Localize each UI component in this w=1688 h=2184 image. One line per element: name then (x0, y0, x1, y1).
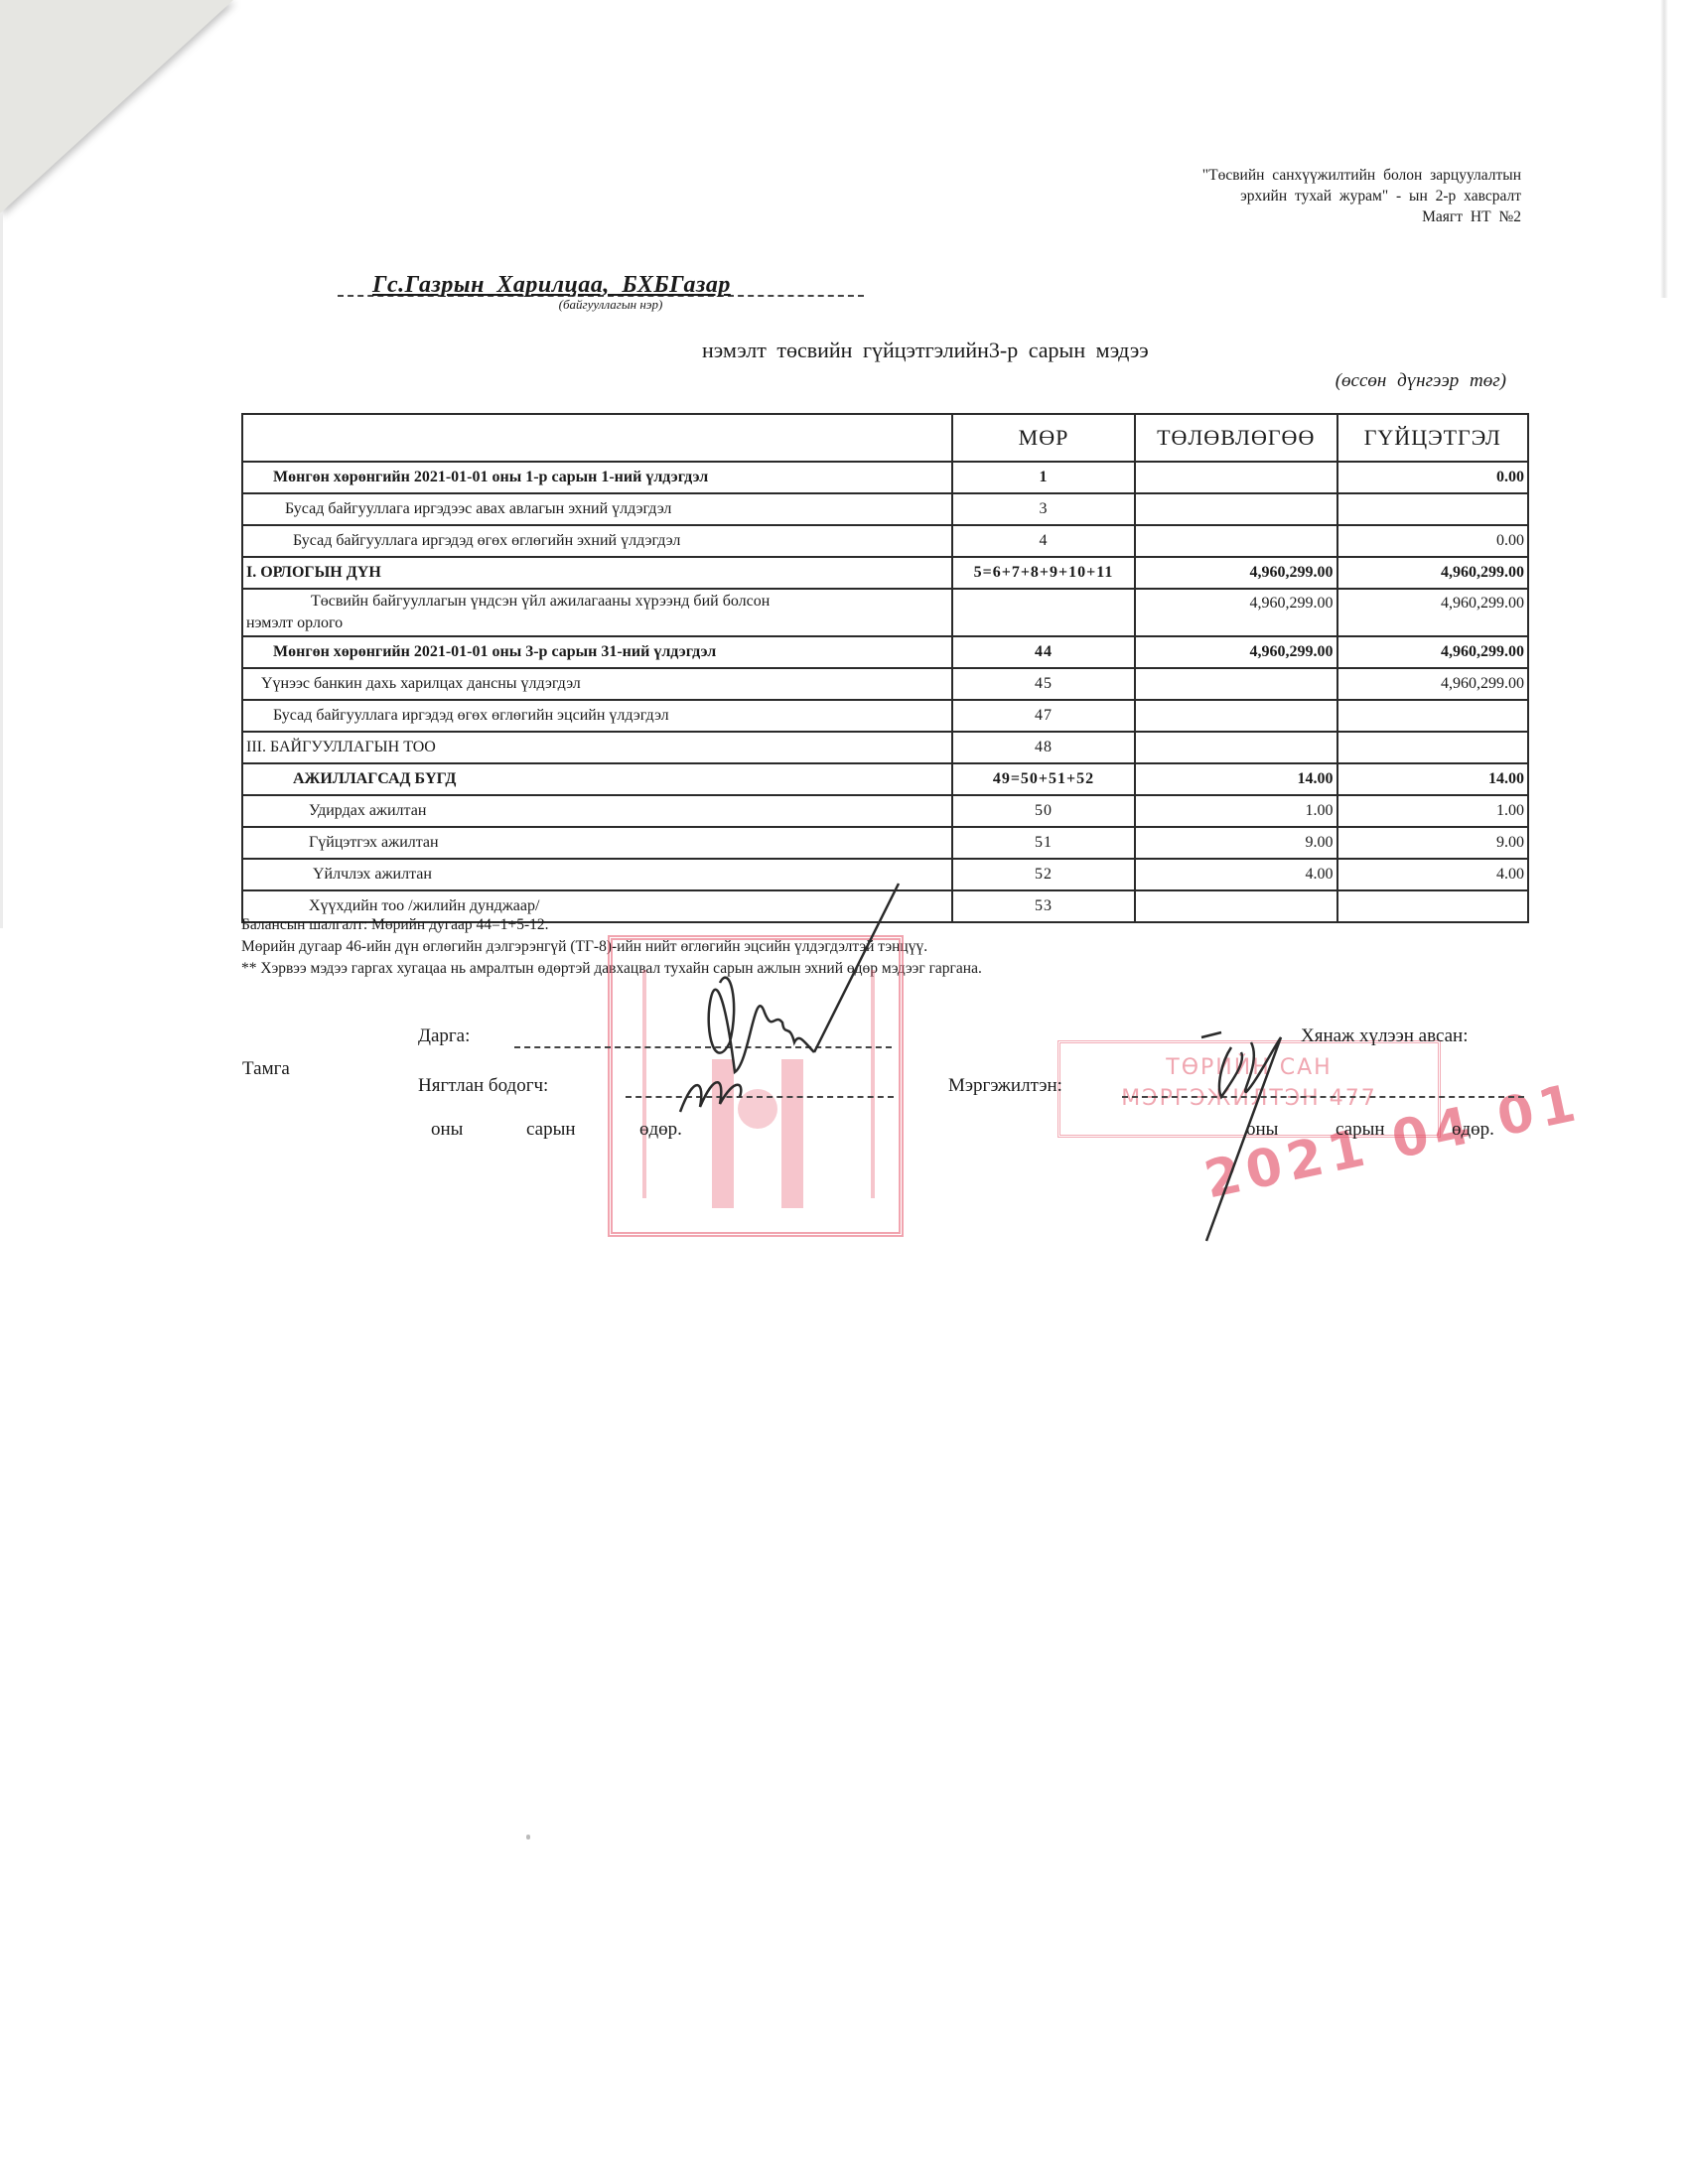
row-description: Бусад байгууллага иргэдэд өгөх өглөгийн … (242, 700, 952, 732)
header-actual: ГҮЙЦЭТГЭЛ (1337, 414, 1528, 462)
date-year-left: оны (431, 1119, 463, 1141)
row-actual: 4.00 (1337, 859, 1528, 890)
date-day-right: өдөр. (1452, 1119, 1494, 1141)
row-number (952, 589, 1135, 636)
row-description: Бусад байгууллага иргэдээс авах авлагын … (242, 493, 952, 525)
table-row: АЖИЛЛАГСАД БҮГД 49=50+51+52 14.00 14.00 (242, 763, 1528, 795)
table-row: Мөнгөн хөрөнгийн 2021-01-01 оны 3-р сары… (242, 636, 1528, 668)
row-number: 49=50+51+52 (952, 763, 1135, 795)
row-actual (1337, 890, 1528, 922)
organization-caption: (байгууллагын нэр) (357, 297, 864, 313)
row-number: 52 (952, 859, 1135, 890)
row-description: Гүйцэтгэх ажилтан (242, 827, 952, 859)
table-row: Бусад байгууллага иргэдэд өгөх өглөгийн … (242, 700, 1528, 732)
director-label: Дарга: (418, 1025, 470, 1047)
table-row: Мөнгөн хөрөнгийн 2021-01-01 оны 1-р сары… (242, 462, 1528, 493)
row-description-line-2: нэмэлт орлого (246, 613, 948, 634)
stamp-label: Тамга (242, 1058, 290, 1080)
row-description-line-1: Төсвийн байгууллагын үндсэн үйл ажилагаа… (246, 591, 948, 613)
row-number: 50 (952, 795, 1135, 827)
date-day-left: өдөр. (639, 1119, 682, 1141)
table-row: I. ОРЛОГЫН ДҮН 5=6+7+8+9+10+11 4,960,299… (242, 557, 1528, 589)
row-number: 48 (952, 732, 1135, 763)
reviewed-label: Хянаж хүлээн авсан: (1301, 1025, 1469, 1047)
row-plan: 14.00 (1135, 763, 1337, 795)
scan-edge-left (0, 213, 3, 928)
row-description: Мөнгөн хөрөнгийн 2021-01-01 оны 1-р сары… (242, 462, 952, 493)
row-actual: 4,960,299.00 (1337, 636, 1528, 668)
row-plan (1135, 668, 1337, 700)
row-plan: 4,960,299.00 (1135, 589, 1337, 636)
row-actual (1337, 493, 1528, 525)
table-row: Удирдах ажилтан 50 1.00 1.00 (242, 795, 1528, 827)
row-plan (1135, 700, 1337, 732)
row-actual: 0.00 (1337, 462, 1528, 493)
row-plan (1135, 732, 1337, 763)
form-reference-line-1: "Төсвийн санхүүжилтийн болон зарцуулалты… (1202, 165, 1521, 186)
table-row: Үүнээс банкин дахь харилцах дансны үлдэг… (242, 668, 1528, 700)
report-title: нэмэлт төсвийн гүйцэтгэлийн3-р сарын мэд… (702, 338, 1149, 363)
date-month-right: сарын (1336, 1119, 1385, 1141)
row-number: 51 (952, 827, 1135, 859)
row-description: АЖИЛЛАГСАД БҮГД (242, 763, 952, 795)
form-code: Маягт НТ №2 (1202, 206, 1521, 227)
budget-report-table: МӨР ТӨЛӨВЛӨГӨӨ ГҮЙЦЭТГЭЛ Мөнгөн хөрөнгий… (241, 413, 1529, 923)
table-row: III. БАЙГУУЛЛАГЫН ТОО 48 (242, 732, 1528, 763)
row-actual (1337, 732, 1528, 763)
row-actual: 9.00 (1337, 827, 1528, 859)
row-description: Төсвийн байгууллагын үндсэн үйл ажилагаа… (242, 589, 952, 636)
row-description: Бусад байгууллага иргэдэд өгөх өглөгийн … (242, 525, 952, 557)
row-plan: 4.00 (1135, 859, 1337, 890)
row-description: III. БАЙГУУЛЛАГЫН ТОО (242, 732, 952, 763)
scan-speck (526, 1835, 530, 1840)
row-actual (1337, 700, 1528, 732)
header-plan: ТӨЛӨВЛӨГӨӨ (1135, 414, 1337, 462)
table-row: Гүйцэтгэх ажилтан 51 9.00 9.00 (242, 827, 1528, 859)
table-row: Төсвийн байгууллагын үндсэн үйл ажилагаа… (242, 589, 1528, 636)
specialist-handwritten-signature (1192, 1023, 1291, 1251)
row-plan (1135, 462, 1337, 493)
row-plan: 9.00 (1135, 827, 1337, 859)
row-plan (1135, 525, 1337, 557)
row-number: 4 (952, 525, 1135, 557)
row-plan: 1.00 (1135, 795, 1337, 827)
table-header-row: МӨР ТӨЛӨВЛӨГӨӨ ГҮЙЦЭТГЭЛ (242, 414, 1528, 462)
row-plan (1135, 493, 1337, 525)
row-actual: 0.00 (1337, 525, 1528, 557)
specialist-label: Мэргэжилтэн: (948, 1075, 1062, 1097)
folded-page-corner (0, 0, 233, 213)
row-number: 1 (952, 462, 1135, 493)
row-description: Удирдах ажилтан (242, 795, 952, 827)
row-actual: 14.00 (1337, 763, 1528, 795)
accountant-label: Нягтлан бодогч: (418, 1075, 548, 1097)
row-number: 5=6+7+8+9+10+11 (952, 557, 1135, 589)
row-number: 45 (952, 668, 1135, 700)
specialist-signature-line (1122, 1096, 1524, 1098)
table-row: Бусад байгууллага иргэдээс авах авлагын … (242, 493, 1528, 525)
row-actual: 4,960,299.00 (1337, 589, 1528, 636)
row-plan: 4,960,299.00 (1135, 636, 1337, 668)
director-handwritten-signature (655, 874, 914, 1122)
row-number: 47 (952, 700, 1135, 732)
form-reference-line-2: эрхийн тухай журам" - ын 2-р хавсралт (1202, 186, 1521, 206)
row-actual: 4,960,299.00 (1337, 557, 1528, 589)
date-month-left: сарын (526, 1119, 576, 1141)
row-description: I. ОРЛОГЫН ДҮН (242, 557, 952, 589)
scan-edge (1660, 0, 1668, 298)
header-row-number: МӨР (952, 414, 1135, 462)
row-actual: 1.00 (1337, 795, 1528, 827)
row-number: 3 (952, 493, 1135, 525)
row-description: Мөнгөн хөрөнгийн 2021-01-01 оны 3-р сары… (242, 636, 952, 668)
row-plan: 4,960,299.00 (1135, 557, 1337, 589)
unit-note: (өссөн дүнгээр төг) (1336, 370, 1506, 392)
organization-block: Гс.Газрын Харилцаа, БХБГазар (байгууллаг… (338, 272, 864, 313)
row-plan (1135, 890, 1337, 922)
table-row: Бусад байгууллага иргэдэд өгөх өглөгийн … (242, 525, 1528, 557)
header-description (242, 414, 952, 462)
row-actual: 4,960,299.00 (1337, 668, 1528, 700)
row-number: 44 (952, 636, 1135, 668)
form-reference-note: "Төсвийн санхүүжилтийн болон зарцуулалты… (1202, 165, 1521, 227)
row-description: Үүнээс банкин дахь харилцах дансны үлдэг… (242, 668, 952, 700)
